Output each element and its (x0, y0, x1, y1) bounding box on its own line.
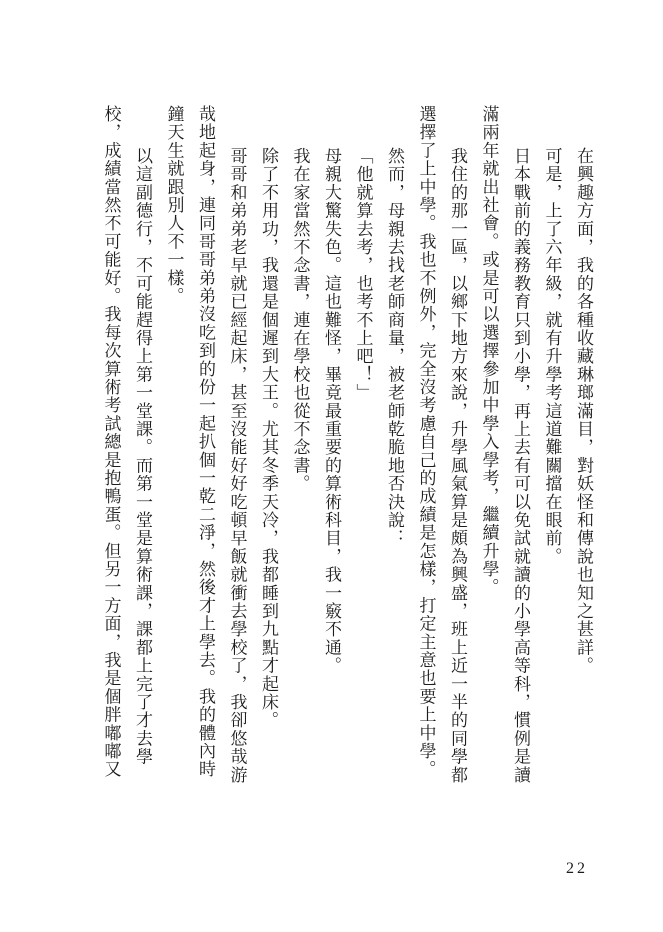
page-number: 22 (566, 860, 588, 878)
paragraph: 哥哥和弟弟老早就已經起床，甚至沒能好好吃頓早飯就衝去學校了，我卻悠哉游哉地起身，… (158, 105, 253, 785)
paragraph: 我在家當然不念書，連在學校也從不念書。 (284, 105, 316, 785)
paragraph: 我住的那一區，以鄉下地方來說，升學風氣算是頗為興盛，班上近一半的同學都選擇了上中… (410, 105, 473, 785)
paragraph: 以這副德行，不可能趕得上第一堂課。而第一堂是算術課，課都上完了才去學校，成績當然… (95, 105, 158, 785)
vertical-text-block: 在興趣方面，我的各種收藏琳瑯滿目，對妖怪和傳說也知之甚詳。 可是，上了六年級，就… (93, 105, 599, 785)
paragraph: 除了不用功，我還是個遲到大王。尤其冬季天冷，我都睡到九點才起床。 (253, 105, 285, 785)
paragraph: 可是，上了六年級，就有升學考這道難關擋在眼前。 (536, 105, 568, 785)
paragraph: 日本戰前的義務教育只到小學，再上去有可以免試就讀的小學高等科，慣例是讀滿兩年就出… (473, 105, 536, 785)
paragraph: 在興趣方面，我的各種收藏琳瑯滿目，對妖怪和傳說也知之甚詳。 (568, 105, 600, 785)
book-page: 在興趣方面，我的各種收藏琳瑯滿目，對妖怪和傳說也知之甚詳。 可是，上了六年級，就… (0, 0, 663, 932)
paragraph: 然而，母親去找老師商量，被老師乾脆地否決說： (379, 105, 411, 785)
paragraph: 「他就算去考，也考不上吧！」 (347, 105, 379, 785)
paragraph: 母親大驚失色。這也難怪，畢竟最重要的算術科目，我一竅不通。 (316, 105, 348, 785)
